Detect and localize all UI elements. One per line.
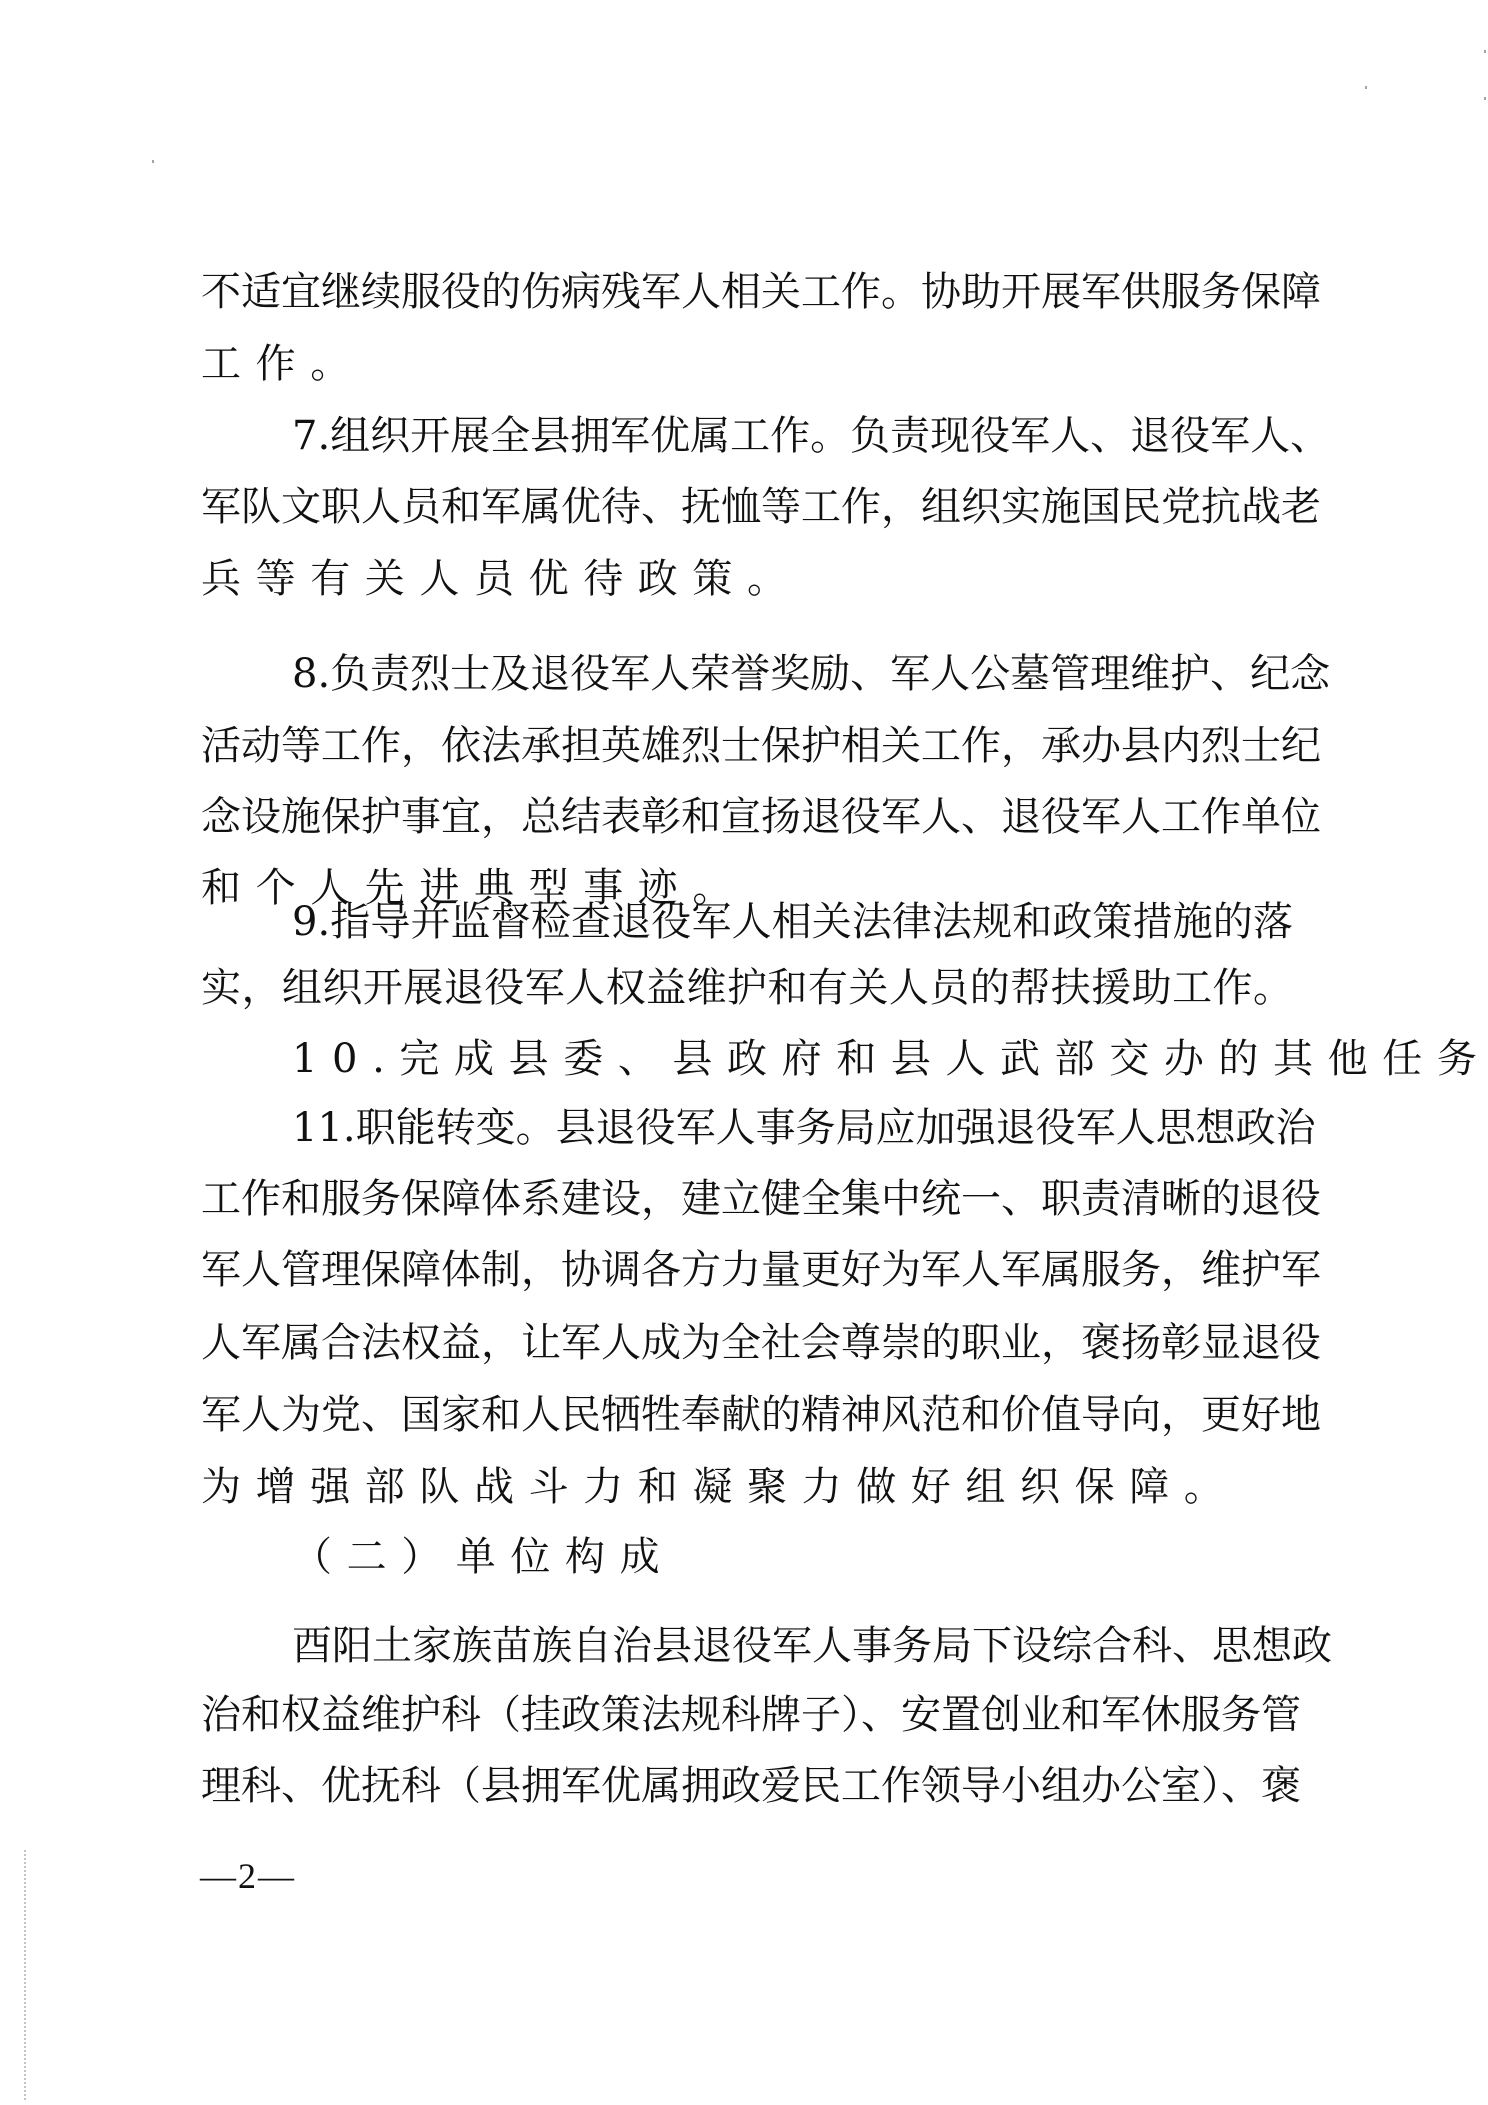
text-line: 11.职能转变。县退役军人事务局应加强退役军人思想政治	[292, 1101, 1293, 1155]
text-line: 工作。	[201, 337, 1293, 391]
text-line: 7.组织开展全县拥军优属工作。负责现役军人、退役军人、	[292, 409, 1293, 463]
text-line: 军人管理保障体制，协调各方力量更好为军人军属服务，维护军	[201, 1243, 1293, 1297]
scan-speck	[1484, 97, 1486, 100]
text-line: 实，组织开展退役军人权益维护和有关人员的帮扶援助工作。	[201, 961, 1293, 1015]
text-line: 工作和服务保障体系建设，建立健全集中统一、职责清晰的退役	[201, 1172, 1293, 1226]
scan-speck	[1365, 86, 1367, 89]
text-line: 10.完成县委、县政府和县人武部交办的其他任务。	[292, 1032, 1293, 1086]
text-line: 治和权益维护科（挂政策法规科牌子）、安置创业和军休服务管	[201, 1688, 1293, 1742]
text-line: 9.指导并监督检查退役军人相关法律法规和政策措施的落	[292, 895, 1293, 949]
text-line: 人军属合法权益，让军人成为全社会尊崇的职业，褒扬彰显退役	[201, 1316, 1293, 1370]
text-line: 军队文职人员和军属优待、抚恤等工作，组织实施国民党抗战老	[201, 480, 1293, 534]
document-page: 不适宜继续服役的伤病残军人相关工作。协助开展军供服务保障 工作。 7.组织开展全…	[0, 0, 1488, 2105]
scan-speck	[1484, 50, 1486, 53]
text-line: 活动等工作，依法承担英雄烈士保护相关工作，承办县内烈士纪	[201, 719, 1293, 773]
text-line: 酉阳土家族苗族自治县退役军人事务局下设综合科、思想政	[292, 1619, 1293, 1673]
text-line: 8.负责烈士及退役军人荣誉奖励、军人公墓管理维护、纪念	[292, 647, 1293, 701]
page-number: —2—	[200, 1852, 296, 1900]
text-line: 不适宜继续服役的伤病残军人相关工作。协助开展军供服务保障	[201, 265, 1293, 319]
text-line: 为增强部队战斗力和凝聚力做好组织保障。	[201, 1460, 1293, 1514]
text-line: 理科、优抚科（县拥军优属拥政爱民工作领导小组办公室）、褒	[201, 1759, 1293, 1813]
text-line: 念设施保护事宜，总结表彰和宣扬退役军人、退役军人工作单位	[201, 790, 1293, 844]
section-heading: （二）单位构成	[292, 1530, 1293, 1584]
scan-edge-artifact	[24, 1850, 28, 2100]
scan-speck	[152, 160, 154, 163]
text-line: 军人为党、国家和人民牺牲奉献的精神风范和价值导向，更好地	[201, 1388, 1293, 1442]
text-line: 兵等有关人员优待政策。	[201, 552, 1293, 606]
